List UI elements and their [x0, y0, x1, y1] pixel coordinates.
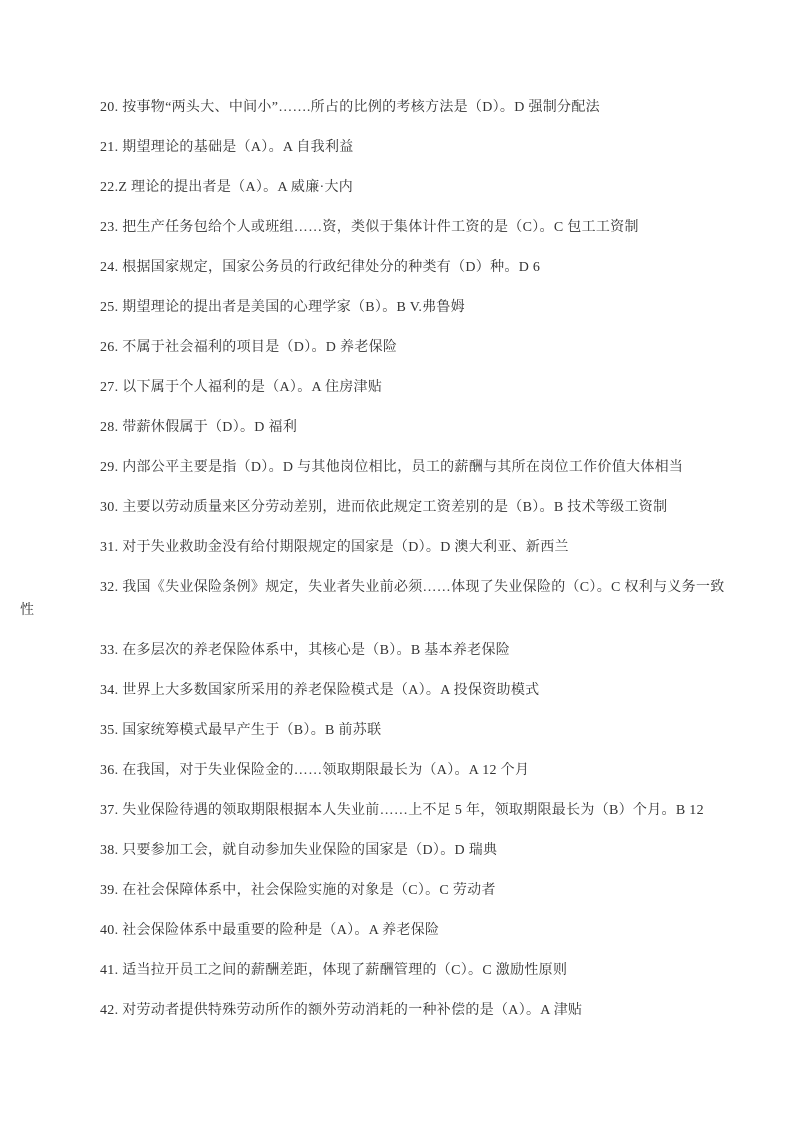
- question-item: 27. 以下属于个人福利的是（A）。A 住房津贴: [20, 376, 752, 399]
- question-item: 33. 在多层次的养老保险体系中，其核心是（B）。B 基本养老保险: [20, 639, 752, 662]
- question-item: 40. 社会保险体系中最重要的险种是（A）。A 养老保险: [20, 919, 752, 942]
- question-item: 22.Z 理论的提出者是（A）。A 威廉·大内: [20, 176, 752, 199]
- question-item: 36. 在我国，对于失业保险金的……领取期限最长为（A）。A 12 个月: [20, 759, 752, 782]
- question-item: 35. 国家统筹模式最早产生于（B）。B 前苏联: [20, 719, 752, 742]
- question-item: 34. 世界上大多数国家所采用的养老保险模式是（A）。A 投保资助模式: [20, 679, 752, 702]
- question-item: 25. 期望理论的提出者是美国的心理学家（B）。B V.弗鲁姆: [20, 296, 752, 319]
- question-item: 41. 适当拉开员工之间的薪酬差距，体现了薪酬管理的（C）。C 激励性原则: [20, 959, 752, 982]
- question-item: 24. 根据国家规定，国家公务员的行政纪律处分的种类有（D）种。D 6: [20, 256, 752, 279]
- question-item: 31. 对于失业救助金没有给付期限规定的国家是（D）。D 澳大利亚、新西兰: [20, 536, 752, 559]
- question-item: 26. 不属于社会福利的项目是（D）。D 养老保险: [20, 336, 752, 359]
- question-item: 42. 对劳动者提供特殊劳动所作的额外劳动消耗的一种补偿的是（A）。A 津贴: [20, 999, 752, 1022]
- question-item: 39. 在社会保障体系中，社会保险实施的对象是（C）。C 劳动者: [20, 879, 752, 902]
- question-item: 37. 失业保险待遇的领取期限根据本人失业前……上不足 5 年，领取期限最长为（…: [20, 799, 752, 822]
- question-item: 29. 内部公平主要是指（D）。D 与其他岗位相比，员工的薪酬与其所在岗位工作价…: [20, 456, 752, 479]
- question-item: 21. 期望理论的基础是（A）。A 自我利益: [20, 136, 752, 159]
- question-text: 32. 我国《失业保险条例》规定，失业者失业前必须……体现了失业保险的（C）。C…: [20, 576, 752, 599]
- question-text-wrap: 性: [20, 599, 752, 622]
- question-item: 28. 带薪休假属于（D）。D 福利: [20, 416, 752, 439]
- question-item: 23. 把生产任务包给个人或班组……资，类似于集体计件工资的是（C）。C 包工工…: [20, 216, 752, 239]
- question-item: 38. 只要参加工会，就自动参加失业保险的国家是（D）。D 瑞典: [20, 839, 752, 862]
- question-item: 20. 按事物“两头大、中间小”…….所占的比例的考核方法是（D）。D 强制分配…: [20, 96, 752, 119]
- question-item: 32. 我国《失业保险条例》规定，失业者失业前必须……体现了失业保险的（C）。C…: [20, 576, 752, 622]
- document-page: 20. 按事物“两头大、中间小”…….所占的比例的考核方法是（D）。D 强制分配…: [0, 0, 800, 1132]
- question-item: 30. 主要以劳动质量来区分劳动差别，进而依此规定工资差别的是（B）。B 技术等…: [20, 496, 752, 519]
